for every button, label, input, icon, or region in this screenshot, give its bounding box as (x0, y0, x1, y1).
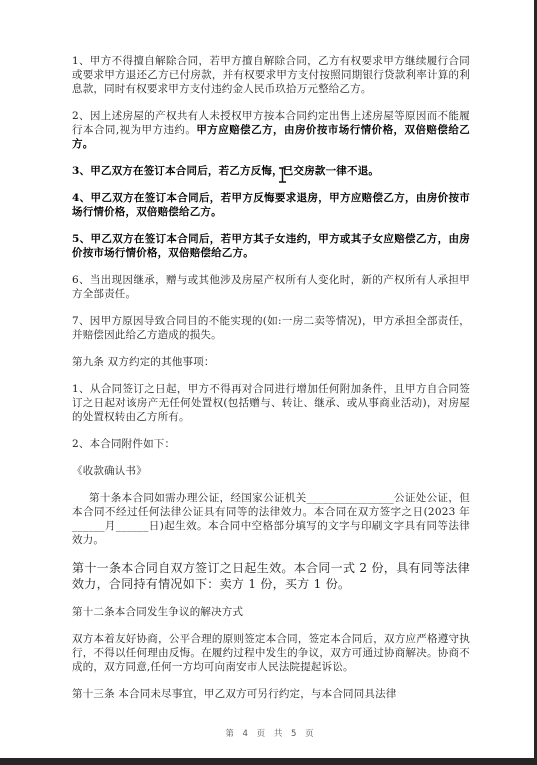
paragraph-text: 6、当出现因继承，赠与或其他涉及房屋产权所有人变化时，新的产权所有人承担甲方全部… (72, 274, 470, 300)
paragraph-text: 1、甲方不得擅自解除合同，若甲方擅自解除合同，乙方有权要求甲方继续履行合同或要求… (72, 55, 470, 95)
paragraph-text: 3、甲乙双方在签订本合同后，若乙方反悔，已交房款一律不退。 (72, 165, 379, 177)
paragraph: 2、因上述房屋的产权共有人未授权甲方按本合同约定出售上述房屋等原因而不能履行本合… (72, 109, 470, 151)
paragraph: 4、甲乙双方在签订本合同后，若甲方反悔要求退房，甲方应赔偿乙方，由房价按市场行情… (72, 191, 470, 219)
paragraph: 第十条本合同如需办理公证，经国家公证机关________________公证处公… (72, 491, 470, 547)
paragraph: 第十一条本合同自双方签订之日起生效。本合同一式 2 份，具有同等法律效力，合同持… (72, 560, 470, 592)
paragraph-text: 《收款确认书》 (72, 465, 147, 477)
paragraph-text: 4、甲乙双方在签订本合同后，若甲方反悔要求退房，甲方应赔偿乙方，由房价按市场行情… (72, 192, 470, 218)
paragraph: 双方本着友好协商，公平合理的原则签定本合同，签定本合同后，双方应严格遵守执行，不… (72, 632, 470, 674)
paragraph-text: 第十三条 本合同未尽事宜，甲乙双方可另行约定，与本合同同具法律 (72, 688, 397, 700)
paragraph: 7、因甲方原因导致合同目的不能实现的(如:一房二卖等情况)，甲方承担全部责任，并… (72, 314, 470, 342)
paragraph: 第九条 双方约定的其他事项： (72, 355, 470, 369)
paragraph-text: 第十一条本合同自双方签订之日起生效。本合同一式 2 份，具有同等法律效力，合同持… (72, 561, 470, 591)
text-cursor-icon (277, 167, 288, 183)
paragraph: 5、甲乙双方在签订本合同后，若甲方其子女违约，甲方或其子女应赔偿乙方，由房价按市… (72, 232, 470, 260)
paragraph: 2、本合同附件如下： (72, 437, 470, 451)
paragraph: 《收款确认书》 (72, 464, 470, 478)
paragraph-text: 双方本着友好协商，公平合理的原则签定本合同，签定本合同后，双方应严格遵守执行，不… (72, 633, 470, 673)
contract-body: 1、甲方不得擅自解除合同，若甲方擅自解除合同，乙方有权要求甲方继续履行合同或要求… (72, 54, 470, 739)
paragraph: 1、从合同签订之日起，甲方不得再对合同进行增加任何附加条件，且甲方自合同签订之日… (72, 382, 470, 424)
paragraph-text: 7、因甲方原因导致合同目的不能实现的(如:一房二卖等情况)，甲方承担全部责任，并… (72, 315, 470, 341)
page-edge-bottom (0, 758, 537, 765)
page-number-footer: 第 4 页 共 5 页 (72, 727, 470, 739)
paragraph: 1、甲方不得擅自解除合同，若甲方擅自解除合同，乙方有权要求甲方继续履行合同或要求… (72, 54, 470, 96)
paragraph-text: 第十条本合同如需办理公证，经国家公证机关________________公证处公… (72, 492, 470, 546)
paragraph-text: 第十二条本合同发生争议的解决方式 (72, 606, 243, 618)
paragraph-text: 5、甲乙双方在签订本合同后，若甲方其子女违约，甲方或其子女应赔偿乙方，由房价按市… (72, 233, 470, 259)
paragraph: 第十三条 本合同未尽事宜，甲乙双方可另行约定，与本合同同具法律 (72, 687, 470, 701)
paragraph-text: 1、从合同签订之日起，甲方不得再对合同进行增加任何附加条件，且甲方自合同签订之日… (72, 383, 470, 423)
paragraph: 第十二条本合同发生争议的解决方式 (72, 605, 470, 619)
paragraph: 3、甲乙双方在签订本合同后，若乙方反悔，已交房款一律不退。 (72, 164, 470, 178)
contract-page: 1、甲方不得擅自解除合同，若甲方擅自解除合同，乙方有权要求甲方继续履行合同或要求… (0, 0, 537, 765)
paragraph-text: 第九条 双方约定的其他事项： (72, 356, 215, 368)
paragraph: 6、当出现因继承，赠与或其他涉及房屋产权所有人变化时，新的产权所有人承担甲方全部… (72, 273, 470, 301)
paragraph-text: 2、本合同附件如下： (72, 438, 175, 450)
